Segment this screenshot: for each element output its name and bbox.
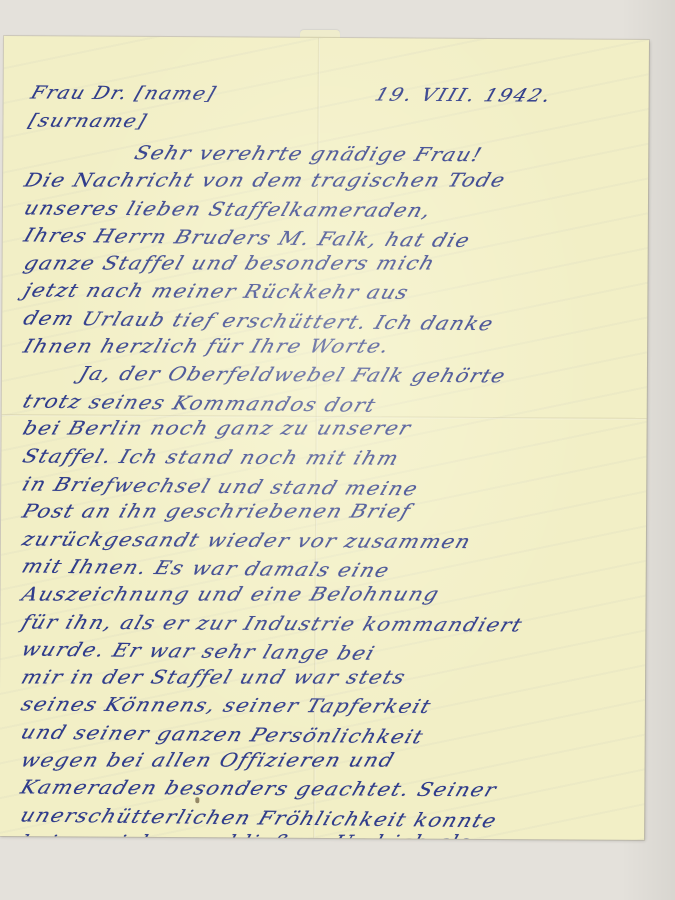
recipient-line-1: Frau Dr. [name]	[28, 81, 220, 104]
body-line: unseres lieben Staffelkameraden,	[21, 197, 435, 221]
body-line: wegen bei allen Offizieren und	[18, 749, 398, 771]
body-line: mir in der Staffel und war stets	[19, 666, 410, 688]
body-line: in Briefwechsel und stand meine	[20, 473, 422, 499]
letter-date: 19. VIII. 1942.	[372, 83, 555, 106]
body-line: ganze Staffel und besonders mich	[21, 252, 438, 274]
body-line: dem Urlaub tief erschüttert. Ich danke	[21, 307, 498, 334]
body-line: bei Berlin noch ganz zu unserer	[20, 418, 414, 440]
body-line: unerschütterlichen Fröhlichkeit konnte	[18, 804, 501, 831]
body-line: Ihres Herrn Bruders M. Falk, hat die	[21, 225, 474, 252]
body-line: Die Nachricht von dem tragischen Tode	[22, 169, 509, 191]
body-line: Post an ihn geschriebenen Brief	[20, 500, 415, 522]
body-line: Kameraden besonders geachtet. Seiner	[18, 777, 500, 801]
body-line: Ja, der Oberfeldwebel Falk gehörte	[76, 363, 509, 387]
body-line: und seiner ganzen Persönlichkeit	[18, 721, 427, 748]
recipient-line-2: [surname]	[26, 109, 151, 131]
body-line: mit Ihnen. Es war damals eine	[19, 556, 393, 582]
letter-sheet: Frau Dr. [name] [surname] 19. VIII. 1942…	[0, 36, 649, 840]
body-line: für ihn, als er zur Industrie kommandier…	[19, 611, 526, 636]
body-line: wurde. Er war sehr lange bei	[19, 639, 379, 665]
paper-top-crease	[300, 30, 340, 38]
salutation: Sehr verehrte gnädige Frau!	[132, 142, 486, 166]
body-line: zurückgesandt wieder vor zusammen	[19, 528, 474, 552]
body-line: Staffel. Ich stand noch mit ihm	[20, 445, 403, 469]
body-line: Ihnen herzlich für Ihre Worte.	[21, 335, 394, 357]
body-line: Auszeichnung und eine Belohnung	[19, 583, 443, 605]
body-line: jetzt nach meiner Rückkehr aus	[21, 280, 412, 304]
body-line: seines Könnens, seiner Tapferkeit	[18, 694, 434, 718]
body-line: trotz seines Kommandos dort	[20, 390, 379, 416]
